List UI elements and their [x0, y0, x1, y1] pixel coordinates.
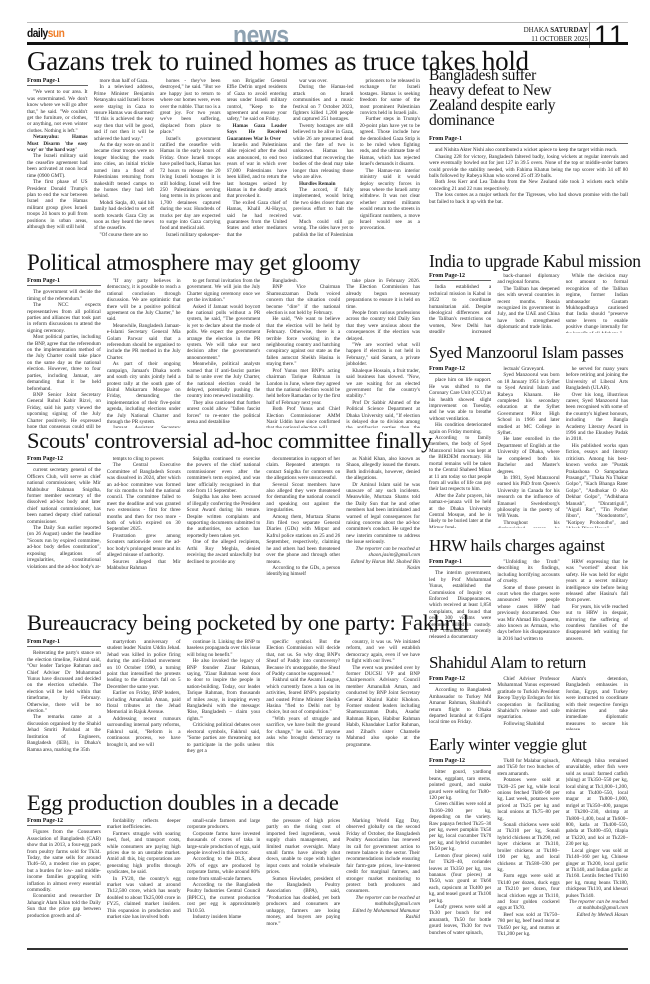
paragraph: Israel's government ratified the ceasefi… — [160, 136, 221, 232]
paragraph: As part of their ongoing campaign, Jamaa… — [107, 361, 181, 425]
india-body: From Page-12India established a technica… — [429, 273, 628, 333]
text-column: "Unfolding the Truth" describing its fin… — [497, 559, 559, 649]
city: DHAKA — [524, 26, 549, 34]
paragraph: Edited by Mehedi Hasan — [566, 912, 628, 918]
paragraph: Reiterating the party's stance on the el… — [27, 650, 101, 714]
text-column: war was over.During the Hamas-led attack… — [293, 78, 354, 246]
paragraph: The exiled Gaza chief of Hamas, Khalil A… — [227, 200, 288, 238]
paragraph: During the Hamas-led attack on Israeli c… — [293, 84, 354, 122]
paragraph: continue it. Linking the BNP to baseless… — [187, 639, 261, 658]
text-column: he served for many years before retiring… — [566, 366, 628, 528]
hrw-body: From Page-1The interim government, led b… — [429, 559, 628, 649]
paragraph: "With years of struggle and sacrifice, w… — [266, 716, 340, 748]
paragraph: martyrdom anniversary of student leader … — [107, 639, 181, 690]
paragraph: Criticising political debates over elect… — [187, 722, 261, 754]
paragraph: back-channel diplomacy and regional foru… — [497, 273, 559, 286]
paragraph: to get formal invitation from the govern… — [187, 278, 261, 304]
paragraph: Chasing 228 for victory, Bangladesh falt… — [429, 154, 628, 180]
paragraph: homes - they've been destroyed," he said… — [160, 78, 221, 136]
paragraph: Leafy greens were sold at Tk30 per bunch… — [429, 904, 491, 936]
article-shahidul: Shahidul Alam to return — [429, 653, 628, 673]
article-scouts: Scouts' controversial ad-hoc committee f… — [27, 428, 427, 454]
paragraph: The reporter can be reached at mahbubs@g… — [346, 895, 420, 908]
paragraph: Asked if Jamaat would boycott the nation… — [187, 304, 261, 362]
text-column: From Page-12India established a technica… — [429, 273, 491, 333]
paragraph: Mohdi Saqla, 40, said his family had dec… — [94, 200, 155, 232]
article-bangladesh-cricket: Bangladesh suffer heavy defeat to New Ze… — [429, 68, 628, 128]
text-column: From Page-1The interim government, led b… — [429, 559, 491, 649]
paragraph: Much could still go wrong. The sides hav… — [293, 219, 354, 238]
paragraph: Prof Dr Sabbir Ahmed of the Political Sc… — [346, 400, 420, 428]
paragraph: Following Shahidul — [497, 721, 559, 727]
text-column: homes - they've been destroyed," he said… — [160, 78, 221, 246]
article-columns: From Page-1"We went to our area. It was … — [27, 78, 420, 246]
paragraph: Twenty hostages are still believed to be… — [293, 123, 354, 181]
article-columns: From Page-1The government will decide th… — [27, 278, 420, 428]
paragraph: Over his long, illustrious career, Syed … — [566, 392, 628, 443]
paragraph: "If any party believes in democracy, it … — [107, 278, 181, 323]
paragraph: Fakhrul said the Awami League, which cur… — [266, 677, 340, 715]
paragraph: Both Prof Yunus and Chief Election Commi… — [266, 406, 340, 428]
text-column: martyrdom anniversary of student leader … — [107, 639, 181, 787]
article-columns: From Page-12Figures from the Consumers A… — [27, 818, 420, 948]
paragraph: He later enrolled in the Department of E… — [497, 436, 559, 474]
paragraph: Green chillies were sold at Tk160–200 pe… — [429, 801, 491, 852]
paragraph: Netanyahu: Hamas Must Disarm 'the easy w… — [27, 134, 88, 153]
text-column: back-channel diplomacy and regional foru… — [497, 273, 559, 333]
paragraph: Chief Adviser Professor Muhammad Yunus e… — [497, 676, 559, 721]
paragraph: The accord, if fully implemented, would … — [293, 187, 354, 219]
from-page-label: From Page-1 — [429, 136, 628, 144]
paragraph: and Nishita Akter Nishi also contributed… — [429, 147, 628, 153]
paragraph: After the Zohr prayers, his namaz-e-jana… — [429, 493, 491, 528]
paragraph: country, it was us. We initiated reform,… — [346, 639, 420, 665]
text-column: Marking World Egg Day, observed globally… — [346, 818, 420, 948]
text-column: Tk40 for Malabar spinach, and Tk50 for t… — [497, 758, 559, 948]
paragraph: The Israeli military said the ceasefire … — [27, 153, 88, 179]
paragraph: According to the DLS, about 20% of eggs … — [187, 856, 261, 882]
article-columns: From Page-1Reiterating the party's stanc… — [27, 639, 420, 787]
paragraph: In FY20, the country's egg market was va… — [107, 876, 181, 921]
paragraph: Lemon (four pieces) sold for Tk20–40, co… — [429, 853, 491, 904]
paragraph: According to the GDs, a person identifyi… — [266, 565, 340, 578]
article-syed-manzoorul: Syed Manzoorul Islam passes — [429, 343, 628, 363]
paragraph: While the decision may not amount to for… — [566, 273, 628, 333]
paragraph: Among them, Murtaza Shams Jim filed two … — [266, 514, 340, 565]
headline: Gazans trek to ruined homes as truce tak… — [27, 46, 420, 76]
text-column: to get formal invitation from the govern… — [187, 278, 261, 428]
headline: Syed Manzoorul Islam passes — [429, 343, 628, 363]
paragraph: Both Jess Kerr and Lea Tahuhu from the N… — [429, 179, 628, 192]
paragraph: he served for many years before retiring… — [566, 366, 628, 392]
article-political: Political atmosphere may get gloomy — [27, 250, 337, 276]
text-column: From Page-12bitter gourd, yardlong beans… — [429, 758, 491, 948]
paragraph: BNP Vice Chairman Shamsuzzaman Dudu voic… — [266, 284, 340, 316]
text-column: HRW expressing that he was "worried" abo… — [566, 559, 628, 649]
paragraph: Sonali chickens were sold at Tk310 per k… — [497, 822, 559, 873]
shahidul-body: From Page-12According to Bangladesh Amba… — [429, 676, 628, 730]
article-columns: From Page-12According to Bangladesh Amba… — [429, 676, 628, 730]
text-column: as Nahid Khan, also known as Shaon, alle… — [346, 456, 420, 608]
paragraph: documentation in support of her claim. R… — [266, 456, 340, 482]
paragraph: The Hamas-run interior ministry said it … — [360, 168, 421, 232]
article-columns: From Page-1and Nishita Akter Nishi also … — [429, 136, 628, 244]
paragraph: specific symbol. But the Election Commis… — [266, 639, 340, 677]
paragraph: place him on life support. He was shifte… — [429, 377, 491, 422]
political-body: From Page-1The government will decide th… — [27, 278, 420, 428]
paragraph: Syed Manzoorul was born on 18 January 19… — [497, 372, 559, 436]
text-column: continue it. Linking the BNP to baseless… — [187, 639, 261, 787]
paragraph: The remarks came at a discussion organis… — [27, 714, 101, 752]
from-page-label: From Page-12 — [429, 273, 491, 281]
gaza-body: From Page-1"We went to our area. It was … — [27, 78, 420, 246]
text-column: Bangladesh.BNP Vice Chairman Shamsuzzama… — [266, 278, 340, 428]
headline: Bureaucracy being pocketed by one party:… — [27, 610, 427, 636]
paragraph: The Central Executive Committee of Bangl… — [107, 462, 181, 532]
article-egg: Egg production doubles in a decade — [27, 790, 427, 816]
paragraph: BNP Senior Joint Secretary General Ruhul… — [27, 392, 101, 428]
text-column: take place in February 2026. The Electio… — [346, 278, 420, 428]
paragraph: Earlier on Friday, BNP leaders, includin… — [107, 690, 181, 716]
text-column: From Page-12place him on life support. H… — [429, 366, 491, 528]
paragraph: The loss comes as a major setback for th… — [429, 192, 628, 205]
paragraph: Snigdha continued to exercise the powers… — [187, 456, 261, 494]
text-column: documentation in support of her claim. R… — [266, 456, 340, 608]
cricket-body: From Page-1and Nishita Akter Nishi also … — [429, 136, 628, 244]
from-page-label: From Page-1 — [429, 559, 491, 567]
headline: Political atmosphere may get gloomy — [27, 250, 337, 276]
from-page-label: From Page-1 — [27, 278, 101, 286]
paragraph: The first phase of US President Donald T… — [27, 179, 88, 230]
paragraph: The Daily Sun earlier reported (on 26 Au… — [27, 525, 101, 570]
text-column: While the decision may not amount to for… — [566, 273, 628, 333]
paragraph: Industry insiders blame — [187, 914, 261, 920]
paragraph: Tk40 for Malabar spinach, and Tk50 for t… — [497, 758, 559, 777]
paragraph: "Unfolding the Truth" describing its fin… — [497, 559, 559, 585]
article-columns: From Page-12current secretary general of… — [27, 456, 420, 608]
masthead-rule — [27, 42, 628, 45]
paragraph: In 1981, Syed Manzoorul earned his PhD f… — [497, 475, 559, 520]
text-column: fordability reflects deeper market ineff… — [107, 818, 181, 948]
paragraph: The Taliban has deepened ties with sever… — [497, 286, 559, 331]
text-column: the pressure of high prices partly on th… — [266, 818, 340, 948]
paragraph: In a televised address, Prime Minister B… — [94, 84, 155, 142]
paragraph: "Of course there are no — [94, 232, 155, 238]
paragraph: prisoners to be released in exchange for… — [360, 78, 421, 116]
paragraph: son Brigadier General Effie Defrin urged… — [227, 78, 288, 123]
from-page-label: From Page-12 — [429, 676, 491, 684]
paragraph: Dr Aminul Islam said he was unaware of a… — [346, 482, 420, 546]
text-column: From Page-12Figures from the Consumers A… — [27, 818, 101, 948]
text-column: Alam's detention, Bangladesh embassies i… — [566, 676, 628, 730]
text-column: country, it was us. We initiated reform,… — [346, 639, 420, 787]
paragraph: Sources alleged that Mir Mahbubur Rahman — [107, 559, 181, 572]
from-page-label: From Page-1 — [27, 639, 101, 647]
article-hrw: HRW hails charges against — [429, 536, 628, 556]
text-column: small-scale farmers and large corporate … — [187, 818, 261, 948]
paragraph: Alam's detention, Bangladesh embassies i… — [566, 676, 628, 730]
paragraph: the pressure of high prices partly on th… — [266, 818, 340, 876]
headline: India to upgrade Kabul mission — [429, 251, 628, 271]
paragraph: Economist and researcher Dr Jahangir Ala… — [27, 893, 101, 919]
paragraph: Potatoes were sold at Tk20–25 per kg, wh… — [497, 777, 559, 822]
daily-sun-logo: dailysun — [27, 26, 64, 40]
article-columns: From Page-1The interim government, led b… — [429, 559, 628, 649]
paragraph: Frustration grew among Scouters nationwi… — [107, 533, 181, 559]
article-columns: From Page-12bitter gourd, yardlong beans… — [429, 758, 628, 948]
text-column: son Brigadier General Effie Defrin urged… — [227, 78, 288, 246]
headline: Shahidul Alam to return — [429, 653, 628, 673]
paragraph: The NCC expects representatives from all… — [27, 302, 101, 334]
article-veggie: Early winter veggie glut — [429, 735, 628, 755]
article-columns: From Page-12India established a technica… — [429, 273, 628, 333]
paragraph: "We went to our area. It was exterminate… — [27, 89, 88, 134]
text-column: "If any party believes in democracy, it … — [107, 278, 181, 428]
paragraph: fordability reflects deeper market ineff… — [107, 818, 181, 831]
paragraph: Most political parties, including the BN… — [27, 334, 101, 392]
paragraph: Addressing recent rumours surrounding in… — [107, 716, 181, 748]
from-page-label: From Page-12 — [27, 818, 101, 826]
text-column: From Page-1and Nishita Akter Nishi also … — [429, 136, 628, 244]
paragraph: "We are worried what will happen if elec… — [346, 342, 420, 368]
egg-body: From Page-12Figures from the Consumers A… — [27, 818, 420, 948]
paragraph: Israeli military spokesper- — [160, 232, 221, 238]
paragraph: Prof Yunus met BNP's acting chairman Tar… — [266, 368, 340, 406]
paragraph: Sumon Howlader, president of the Banglad… — [266, 876, 340, 927]
text-column: Chief Adviser Professor Muhammad Yunus e… — [497, 676, 559, 730]
text-column: specific symbol. But the Election Commis… — [266, 639, 340, 787]
scouts-body: From Page-12current secretary general of… — [27, 456, 420, 608]
article-india-kabul: India to upgrade Kabul mission — [429, 251, 628, 271]
from-page-label: From Page-1 — [27, 78, 88, 86]
from-page-label: From Page-12 — [429, 366, 491, 374]
headline: Scouts' controversial ad-hoc committee f… — [27, 428, 427, 454]
paragraph: The reporter can be reached at mahbubs@g… — [566, 899, 628, 912]
paragraph: Edited by Harun Md. Shahed Bin Nasim — [346, 559, 420, 572]
paragraph: HRW expressing that he was "worried" abo… — [566, 559, 628, 604]
paragraph: Marking World Egg Day, observed globally… — [346, 818, 420, 895]
paragraph: Local ginger was sold at Tk140–160 per k… — [566, 848, 628, 899]
article-gaza: Gazans trek to ruined homes as truce tak… — [27, 46, 420, 76]
paragraph: One of the alleged recipients, Arthi Roy… — [187, 539, 261, 565]
paragraph: He said, "We want to believe that the el… — [266, 316, 340, 367]
weekday: SATURDAY — [550, 26, 588, 34]
headline: Bangladesh suffer heavy defeat to New Ze… — [429, 68, 628, 128]
paragraph: Farmers struggle with soaring feed, fuel… — [107, 831, 181, 876]
paragraph: For years, his wife reached out to HRW i… — [566, 604, 628, 642]
paragraph: Further steps in Trump's 20-point plan h… — [360, 116, 421, 167]
bottom-rule — [27, 948, 628, 950]
newspaper-page: dailysun news DHAKA SATURDAY 11 OCTOBER … — [27, 0, 628, 984]
text-column: From Page-12According to Bangladesh Amba… — [429, 676, 491, 730]
paragraph: Corporate farms have invested thousands … — [187, 831, 261, 857]
paragraph: Beef was sold at Tk750–780 per kg, beef … — [497, 912, 559, 938]
paragraph: Khaleque Hossain, a fruit trader, said b… — [346, 368, 420, 400]
headline: HRW hails charges against — [429, 536, 628, 556]
paragraph: Farm eggs were sold at Tk140 per dozen, … — [497, 873, 559, 911]
article-fakhrul: Bureaucracy being pocketed by one party:… — [27, 610, 427, 636]
veggie-body: From Page-12bitter gourd, yardlong beans… — [429, 758, 628, 948]
paragraph: Snigdha has also been accused of illegal… — [187, 494, 261, 539]
paragraph: His condition deteriorated again on Frid… — [429, 422, 491, 435]
from-page-label: From Page-12 — [429, 758, 491, 766]
paragraph: current secretary general of the Officer… — [27, 467, 101, 525]
paragraph: Edited by Mohammad Mamunur Rashid — [346, 908, 420, 921]
paragraph: Throughout his distinguished career, he … — [497, 520, 559, 528]
paragraph: According to family members, the body of… — [429, 435, 491, 493]
paragraph: The government will decide the timing of… — [27, 289, 101, 302]
article-columns: From Page-12place him on life support. H… — [429, 366, 628, 528]
paragraph: His published works span fiction, essays… — [566, 443, 628, 528]
paragraph: The event was presided over by former DU… — [346, 665, 420, 748]
fakhrul-body: From Page-1Reiterating the party's stanc… — [27, 639, 420, 787]
paragraph: He also invoked the legacy of BNP founde… — [187, 658, 261, 722]
paragraph: bitter gourd, yardlong beans, eggplant, … — [429, 769, 491, 801]
paragraph: People from various professions across t… — [346, 310, 420, 342]
paragraph: They also cautioned that further unrest … — [187, 400, 261, 426]
paragraph: According to Bangladesh Ambassador to Tu… — [429, 687, 491, 725]
paragraph: The reporter can be reached at shaon.jas… — [346, 546, 420, 559]
text-column: tempts to cling to power.The Central Exe… — [107, 456, 181, 608]
masthead: dailysun news DHAKA SATURDAY 11 OCTOBER … — [27, 23, 628, 43]
paragraph: Some of those present in court when the … — [497, 585, 559, 643]
text-column: From Page-1The government will decide th… — [27, 278, 101, 428]
paragraph: as Nahid Khan, also known as Shaon, alle… — [346, 456, 420, 482]
from-page-label: From Page-12 — [27, 456, 101, 464]
paragraph: take place in February 2026. The Electio… — [346, 278, 420, 310]
paragraph: Israelis and Palestinians alike rejoiced… — [227, 142, 288, 200]
text-column: From Page-1"We went to our area. It was … — [27, 78, 88, 246]
text-column: lectuals' Graveyard.Syed Manzoorul was b… — [497, 366, 559, 528]
paragraph: Meanwhile, political analysts warned tha… — [187, 361, 261, 399]
text-column: From Page-12current secretary general of… — [27, 456, 101, 608]
syed-body: From Page-12place him on life support. H… — [429, 366, 628, 528]
text-column: Snigdha continued to exercise the powers… — [187, 456, 261, 608]
paragraph: India established a technical mission in… — [429, 284, 491, 333]
paragraph: Figures from the Consumers Association o… — [27, 829, 101, 893]
text-column: prisoners to be released in exchange for… — [360, 78, 421, 246]
paragraph: small-scale farmers and large corporate … — [187, 818, 261, 831]
text-column: Although hilsa remained unavailable, oth… — [566, 758, 628, 948]
paragraph: Although hilsa remained unavailable, oth… — [566, 758, 628, 848]
paragraph: According to the Bangladesh Poultry Indu… — [187, 882, 261, 914]
headline: Early winter veggie glut — [429, 735, 628, 755]
paragraph: Meanwhile, Bangladesh Jamaat-e-Islami Se… — [107, 323, 181, 361]
headline: Egg production doubles in a decade — [27, 790, 427, 816]
text-column: more than half of Gaza.In a televised ad… — [94, 78, 155, 246]
paragraph: As the day wore on and it became clear t… — [94, 142, 155, 200]
paragraph: Several Scout members have also alleged … — [266, 482, 340, 514]
paragraph: Hamas Gaza Leader Says He Received Guara… — [227, 123, 288, 142]
text-column: From Page-1Reiterating the party's stanc… — [27, 639, 101, 787]
